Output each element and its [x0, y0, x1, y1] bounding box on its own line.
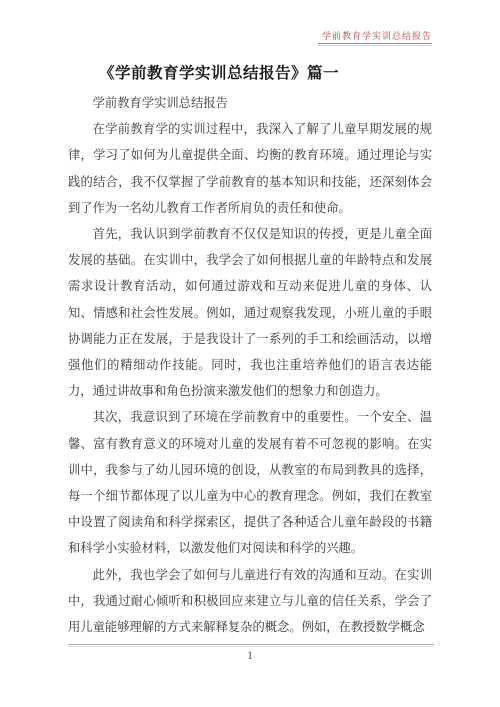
footer-rule: [68, 644, 434, 647]
paragraph: 在学前教育学的实训过程中，我深入了解了儿童早期发展的规律，学习了如何为儿童提供全…: [68, 116, 432, 221]
paragraph: 首先，我认识到学前教育不仅仅是知识的传授，更是儿童全面发展的基础。在实训中，我学…: [68, 221, 432, 404]
document-page: 学前教育学实训总结报告 《学前教育学实训总结报告》篇一 学前教育学实训总结报告 …: [0, 0, 500, 707]
page-number: 1: [0, 648, 500, 664]
document-title: 《学前教育学实训总结报告》篇一: [68, 61, 432, 83]
header-rule: [318, 43, 432, 46]
document-body: 学前教育学实训总结报告 在学前教育学的实训过程中，我深入了解了儿童早期发展的规律…: [68, 90, 432, 640]
paragraph: 此外，我也学会了如何与儿童进行有效的沟通和互动。在实训中，我通过耐心倾听和积极回…: [68, 562, 432, 641]
page-header-text: 学前教育学实训总结报告: [322, 29, 432, 42]
paragraph-subtitle: 学前教育学实训总结报告: [68, 90, 432, 116]
paragraph: 其次，我意识到了环境在学前教育中的重要性。一个安全、温馨、富有教育意义的环境对儿…: [68, 404, 432, 561]
